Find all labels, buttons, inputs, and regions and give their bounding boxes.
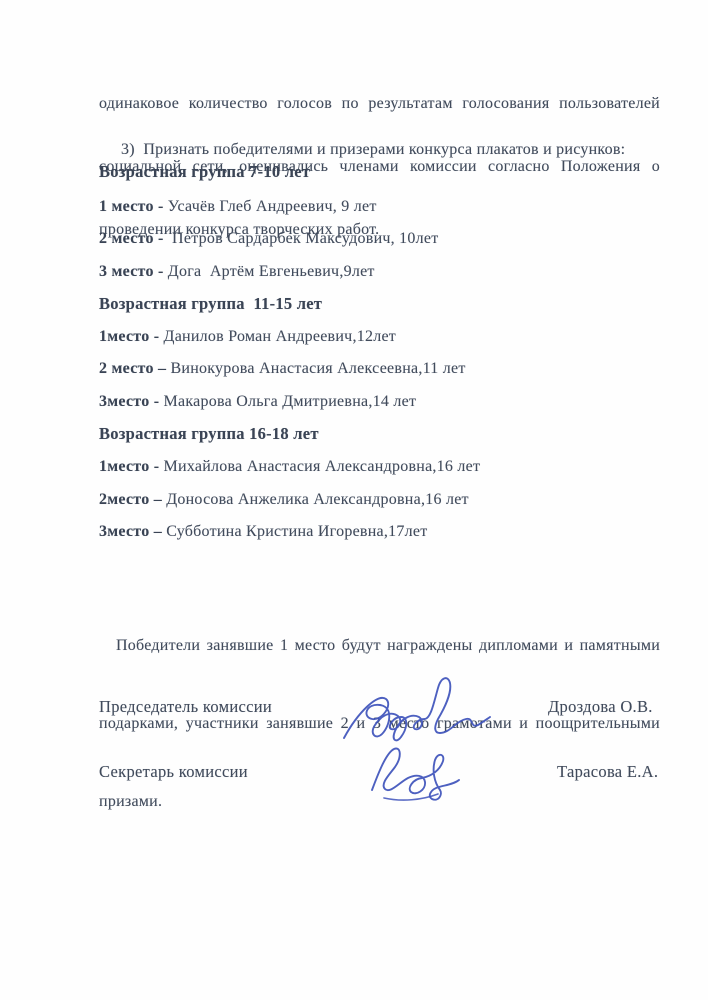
signature-role-secretary: Секретарь комиссии bbox=[99, 762, 248, 782]
place-row: 3место – Субботина Кристина Игоревна,17л… bbox=[99, 521, 660, 543]
secretary-signature-icon bbox=[366, 740, 464, 806]
signature-name-chairman: Дроздова О.В. bbox=[548, 697, 653, 717]
place-row: 3место - Макарова Ольга Дмитриевна,14 ле… bbox=[99, 391, 660, 413]
place-name: Петров Сардарбек Максудович, 10лет bbox=[164, 230, 439, 247]
place-label: 2 место – bbox=[99, 360, 166, 377]
place-row: 3 место - Дога Артём Евгеньевич,9лет bbox=[99, 261, 660, 283]
place-row: 1 место - Усачёв Глеб Андреевич, 9 лет bbox=[99, 196, 660, 218]
closing-line: Победители занявшие 1 место будут награж… bbox=[99, 633, 660, 659]
place-label: 3место – bbox=[99, 523, 162, 540]
place-name: Данилов Роман Андреевич,12лет bbox=[159, 328, 396, 345]
place-label: 1место - bbox=[99, 328, 159, 345]
place-row: 1место - Данилов Роман Андреевич,12лет bbox=[99, 326, 660, 348]
place-row: 2 место - Петров Сардарбек Максудович, 1… bbox=[99, 228, 660, 250]
place-label: 1 место - bbox=[99, 198, 164, 215]
place-row: 2 место – Винокурова Анастасия Алексеевн… bbox=[99, 358, 660, 380]
place-name: Усачёв Глеб Андреевич, 9 лет bbox=[164, 198, 377, 215]
age-group-title: Возрастная группа 11-15 лет bbox=[99, 293, 660, 315]
age-group-title: Возрастная группа 16-18 лет bbox=[99, 423, 660, 445]
place-row: 1место - Михайлова Анастасия Александров… bbox=[99, 456, 660, 478]
place-name: Доносова Анжелика Александровна,16 лет bbox=[162, 491, 469, 508]
place-name: Винокурова Анастасия Алексеевна,11 лет bbox=[166, 360, 465, 377]
place-row: 2место – Доносова Анжелика Александровна… bbox=[99, 489, 660, 511]
place-label: 3место - bbox=[99, 393, 159, 410]
place-label: 2место – bbox=[99, 491, 162, 508]
place-name: Субботина Кристина Игоревна,17лет bbox=[162, 523, 428, 540]
age-group-title: Возрастная группа 7-10 лет bbox=[99, 161, 660, 183]
place-label: 2 место - bbox=[99, 230, 164, 247]
signature-role-chairman: Председатель комиссии bbox=[99, 697, 272, 717]
place-name: Михайлова Анастасия Александровна,16 лет bbox=[159, 458, 480, 475]
place-name: Макарова Ольга Дмитриевна,14 лет bbox=[159, 393, 416, 410]
place-label: 1место - bbox=[99, 458, 159, 475]
place-label: 3 место - bbox=[99, 263, 164, 280]
document-page: одинаковое количество голосов по результ… bbox=[0, 0, 708, 1000]
intro-line: одинаковое количество голосов по результ… bbox=[99, 90, 660, 117]
place-name: Дога Артём Евгеньевич,9лет bbox=[164, 263, 375, 280]
point-3-line: 3) Признать победителями и призерами кон… bbox=[99, 136, 660, 163]
signature-name-secretary: Тарасова Е.А. bbox=[557, 762, 658, 782]
